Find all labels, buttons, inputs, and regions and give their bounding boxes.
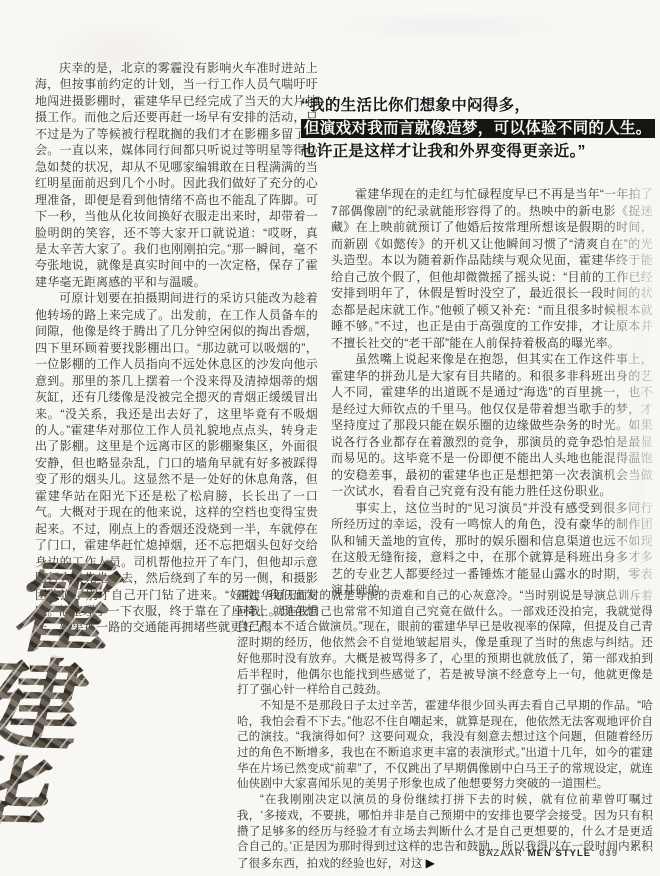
pull-quote-line-2-highlighted: 但演戏对我而言就像造梦，可以体验不同的人生。 (301, 119, 655, 138)
paragraph: 事实上，这位当时的“见习演员”并没有感受到很多同行所经历过的幸运，没有一鸣惊人的… (331, 500, 653, 599)
paragraph: “在我刚刚决定以演员的身份继续打拼下去的时候，就有位前辈曾叮嘱过我，‘多接戏，不… (237, 793, 653, 873)
paragraph: 霍建华每天面对的就是导演的责难和自己的心灰意冷。“当时别说是导演总训斥着问我，就… (237, 589, 653, 699)
footer-page-number: 039 (599, 848, 618, 859)
magazine-page: 庆幸的是，北京的雾霾没有影响火车准时进站上海，但按事前约定的计划，当一行工作人员… (0, 0, 660, 876)
footer-magazine-title: MEN STYLE (528, 848, 591, 859)
paragraph: 霍建华现在的走红与忙碌程度早已不再是当年“一年拍了7部偶像剧”的纪录就能形容得了… (331, 186, 653, 351)
page-footer: BAZAARMEN STYLE039 (0, 848, 618, 859)
pull-quote-line-1: “我的生活比你们想象中闷得多， (301, 94, 657, 117)
pull-quote: “我的生活比你们想象中闷得多， 但演戏对我而言就像造梦，可以体验不同的人生。 也… (301, 94, 657, 163)
textured-name-graphic: 霍 建 华 (0, 558, 166, 876)
footer-brand: BAZAAR (479, 848, 523, 859)
graphic-char-1: 霍 (7, 558, 166, 660)
paragraph: 庆幸的是，北京的雾霾没有影响火车准时进站上海，但按事前约定的计划，当一行工作人员… (35, 60, 318, 290)
bottom-text-block: 霍建华每天面对的就是导演的责难和自己的心灰意冷。“当时别说是导演总训斥着问我，就… (237, 589, 653, 873)
right-text-column: 霍建华现在的走红与忙碌程度早已不再是当年“一年拍了7部偶像剧”的纪录就能形容得了… (331, 186, 653, 599)
graphic-char-3: 华 (0, 754, 119, 856)
left-text-column: 庆幸的是，北京的雾霾没有影响火车准时进站上海，但按事前约定的计划，当一行工作人员… (35, 60, 318, 636)
graphic-char-2: 建 (0, 656, 142, 758)
pull-quote-line-3: 也许正是这样才让我和外界变得更亲近。” (301, 140, 657, 163)
paragraph: 不知是不是那段日子太过辛苦，霍建华很少回头再去看自己早期的作品。“哈哈，我怕会看… (237, 699, 653, 793)
paragraph: 虽然嘴上说起来像是在抱怨，但其实在工作这件事上，霍建华的拼劲儿是大家有目共睹的。… (331, 351, 653, 500)
